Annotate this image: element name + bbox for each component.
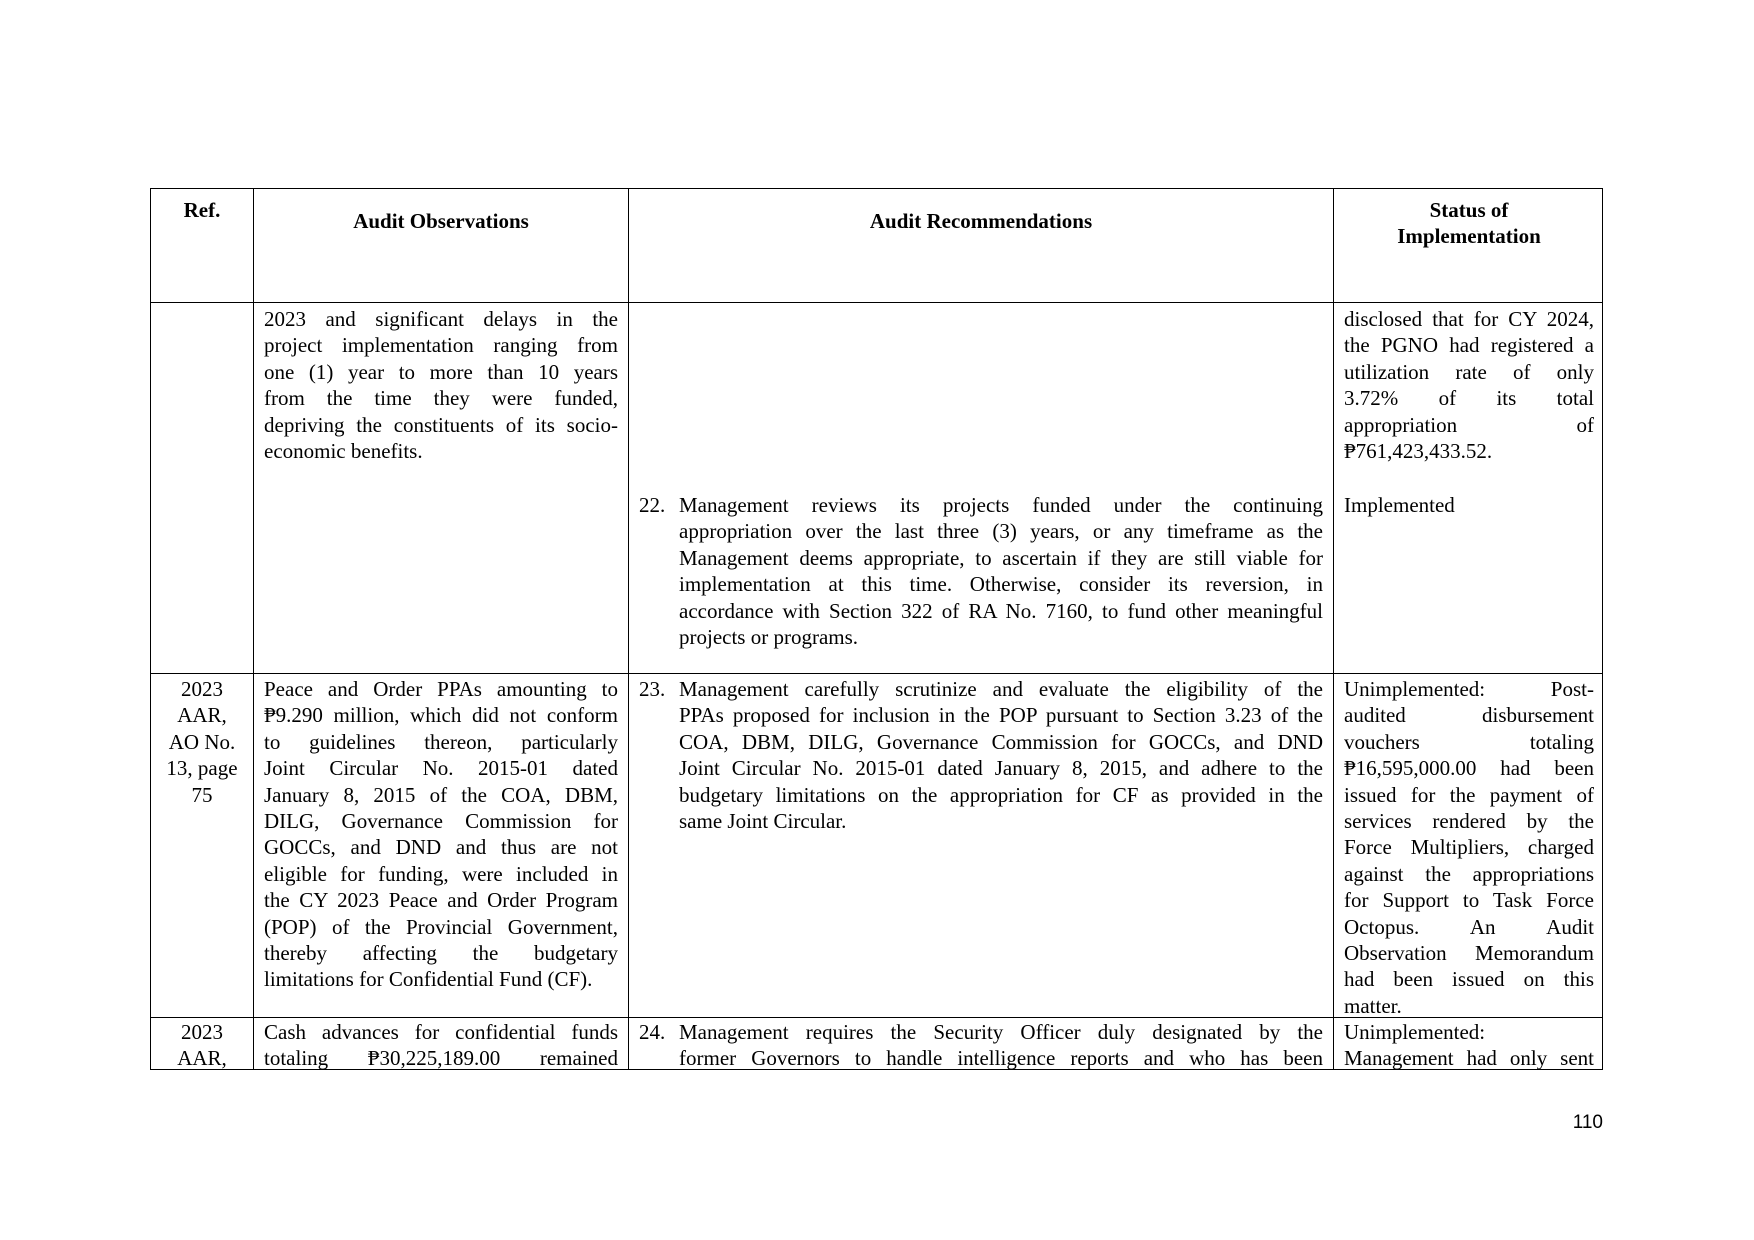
ref-cell: 2023AAR,AO No.13, page75: [153, 676, 251, 808]
recommendation-number: 24.: [639, 1019, 665, 1045]
column-divider: [1333, 189, 1334, 1069]
text-line: Management reviews its projects funded u…: [679, 492, 1323, 518]
text-line: the PGNO had registered a: [1344, 332, 1594, 358]
text-line: Management deems appropriate, to ascerta…: [679, 545, 1323, 571]
text-line: depriving the constituents of its socio-: [264, 412, 618, 438]
text-line: Unimplemented: Post-: [1344, 676, 1594, 702]
text-line: appropriation of: [1344, 412, 1594, 438]
recommendation-text: Management reviews its projects funded u…: [679, 492, 1323, 650]
text-line: eligible for funding, were included in: [264, 861, 618, 887]
text-line: Observation Memorandum: [1344, 940, 1594, 966]
text-line: totaling ₱30,225,189.00 remained: [264, 1045, 618, 1071]
recommendation-text: Management requires the Security Officer…: [679, 1019, 1323, 1072]
status-cell: disclosed that for CY 2024,the PGNO had …: [1344, 306, 1594, 464]
text-line: appropriation over the last three (3) ye…: [679, 518, 1323, 544]
recommendation-number: 23.: [639, 676, 665, 702]
recommendation-item: 23.Management carefully scrutinize and e…: [639, 676, 1323, 834]
text-line: utilization rate of only: [1344, 359, 1594, 385]
status-cell: Unimplemented:Management had only sent: [1344, 1019, 1594, 1072]
text-line: January 8, 2015 of the COA, DBM,: [264, 782, 618, 808]
text-line: 2023: [153, 1019, 251, 1045]
status-cell: Implemented: [1344, 492, 1594, 518]
text-line: from the time they were funded,: [264, 385, 618, 411]
text-line: same Joint Circular.: [679, 808, 1323, 834]
text-line: GOCCs, and DND and thus are not: [264, 834, 618, 860]
text-line: ₱16,595,000.00 had been: [1344, 755, 1594, 781]
text-line: one (1) year to more than 10 years: [264, 359, 618, 385]
text-line: 75: [153, 782, 251, 808]
page-number: 110: [1573, 1112, 1603, 1134]
text-line: for Support to Task Force: [1344, 887, 1594, 913]
text-line: Unimplemented:: [1344, 1019, 1594, 1045]
text-line: ₱761,423,433.52.: [1344, 438, 1594, 464]
text-line: Joint Circular No. 2015-01 dated January…: [679, 755, 1323, 781]
header-observations: Audit Observations: [254, 208, 628, 234]
text-line: matter.: [1344, 993, 1594, 1019]
text-line: issued for the payment of: [1344, 782, 1594, 808]
text-line: Joint Circular No. 2015-01 dated: [264, 755, 618, 781]
header-ref: Ref.: [151, 197, 253, 223]
text-line: Management carefully scrutinize and eval…: [679, 676, 1323, 702]
ref-cell: 2023AAR,: [153, 1019, 251, 1072]
header-status: Status of Implementation: [1334, 197, 1604, 249]
text-line: 3.72% of its total: [1344, 385, 1594, 411]
text-line: economic benefits.: [264, 438, 618, 464]
text-line: Force Multipliers, charged: [1344, 834, 1594, 860]
text-line: 2023: [153, 676, 251, 702]
text-line: 13, page: [153, 755, 251, 781]
text-line: had been issued on this: [1344, 966, 1594, 992]
header-recommendations: Audit Recommendations: [629, 208, 1333, 234]
text-line: limitations for Confidential Fund (CF).: [264, 966, 618, 992]
text-line: Peace and Order PPAs amounting to: [264, 676, 618, 702]
text-line: implementation at this time. Otherwise, …: [679, 571, 1323, 597]
observation-cell: 2023 and significant delays in theprojec…: [264, 306, 618, 464]
observation-cell: Peace and Order PPAs amounting to₱9.290 …: [264, 676, 618, 993]
text-line: COA, DBM, DILG, Governance Commission fo…: [679, 729, 1323, 755]
recommendation-text: Management carefully scrutinize and eval…: [679, 676, 1323, 834]
text-line: AAR,: [153, 1045, 251, 1071]
text-line: accordance with Section 322 of RA No. 71…: [679, 598, 1323, 624]
text-line: audited disbursement: [1344, 702, 1594, 728]
text-line: thereby affecting the budgetary: [264, 940, 618, 966]
text-line: vouchers totaling: [1344, 729, 1594, 755]
text-line: DILG, Governance Commission for: [264, 808, 618, 834]
recommendation-number: 22.: [639, 492, 665, 518]
text-line: budgetary limitations on the appropriati…: [679, 782, 1323, 808]
row-divider: [151, 673, 1602, 674]
text-line: the CY 2023 Peace and Order Program: [264, 887, 618, 913]
text-line: Cash advances for confidential funds: [264, 1019, 618, 1045]
text-line: Management had only sent: [1344, 1045, 1594, 1071]
text-line: to guidelines thereon, particularly: [264, 729, 618, 755]
status-cell: Unimplemented: Post-audited disbursement…: [1344, 676, 1594, 1019]
audit-status-table: Ref. Audit Observations Audit Recommenda…: [150, 188, 1603, 1070]
header-divider: [151, 302, 1602, 303]
text-line: projects or programs.: [679, 624, 1323, 650]
recommendation-item: 24.Management requires the Security Offi…: [639, 1019, 1323, 1072]
header-status-line1: Status of: [1334, 197, 1604, 223]
header-status-line2: Implementation: [1334, 223, 1604, 249]
text-line: ₱9.290 million, which did not conform: [264, 702, 618, 728]
text-line: Implemented: [1344, 492, 1594, 518]
text-line: AO No.: [153, 729, 251, 755]
recommendation-item: 22.Management reviews its projects funde…: [639, 492, 1323, 650]
text-line: AAR,: [153, 702, 251, 728]
text-line: project implementation ranging from: [264, 332, 618, 358]
text-line: 2023 and significant delays in the: [264, 306, 618, 332]
text-line: against the appropriations: [1344, 861, 1594, 887]
column-divider: [628, 189, 629, 1069]
text-line: PPAs proposed for inclusion in the POP p…: [679, 702, 1323, 728]
column-divider: [253, 189, 254, 1069]
text-line: Octopus. An Audit: [1344, 914, 1594, 940]
observation-cell: Cash advances for confidential fundstota…: [264, 1019, 618, 1072]
text-line: services rendered by the: [1344, 808, 1594, 834]
text-line: Management requires the Security Officer…: [679, 1019, 1323, 1045]
text-line: former Governors to handle intelligence …: [679, 1045, 1323, 1071]
text-line: (POP) of the Provincial Government,: [264, 914, 618, 940]
text-line: disclosed that for CY 2024,: [1344, 306, 1594, 332]
